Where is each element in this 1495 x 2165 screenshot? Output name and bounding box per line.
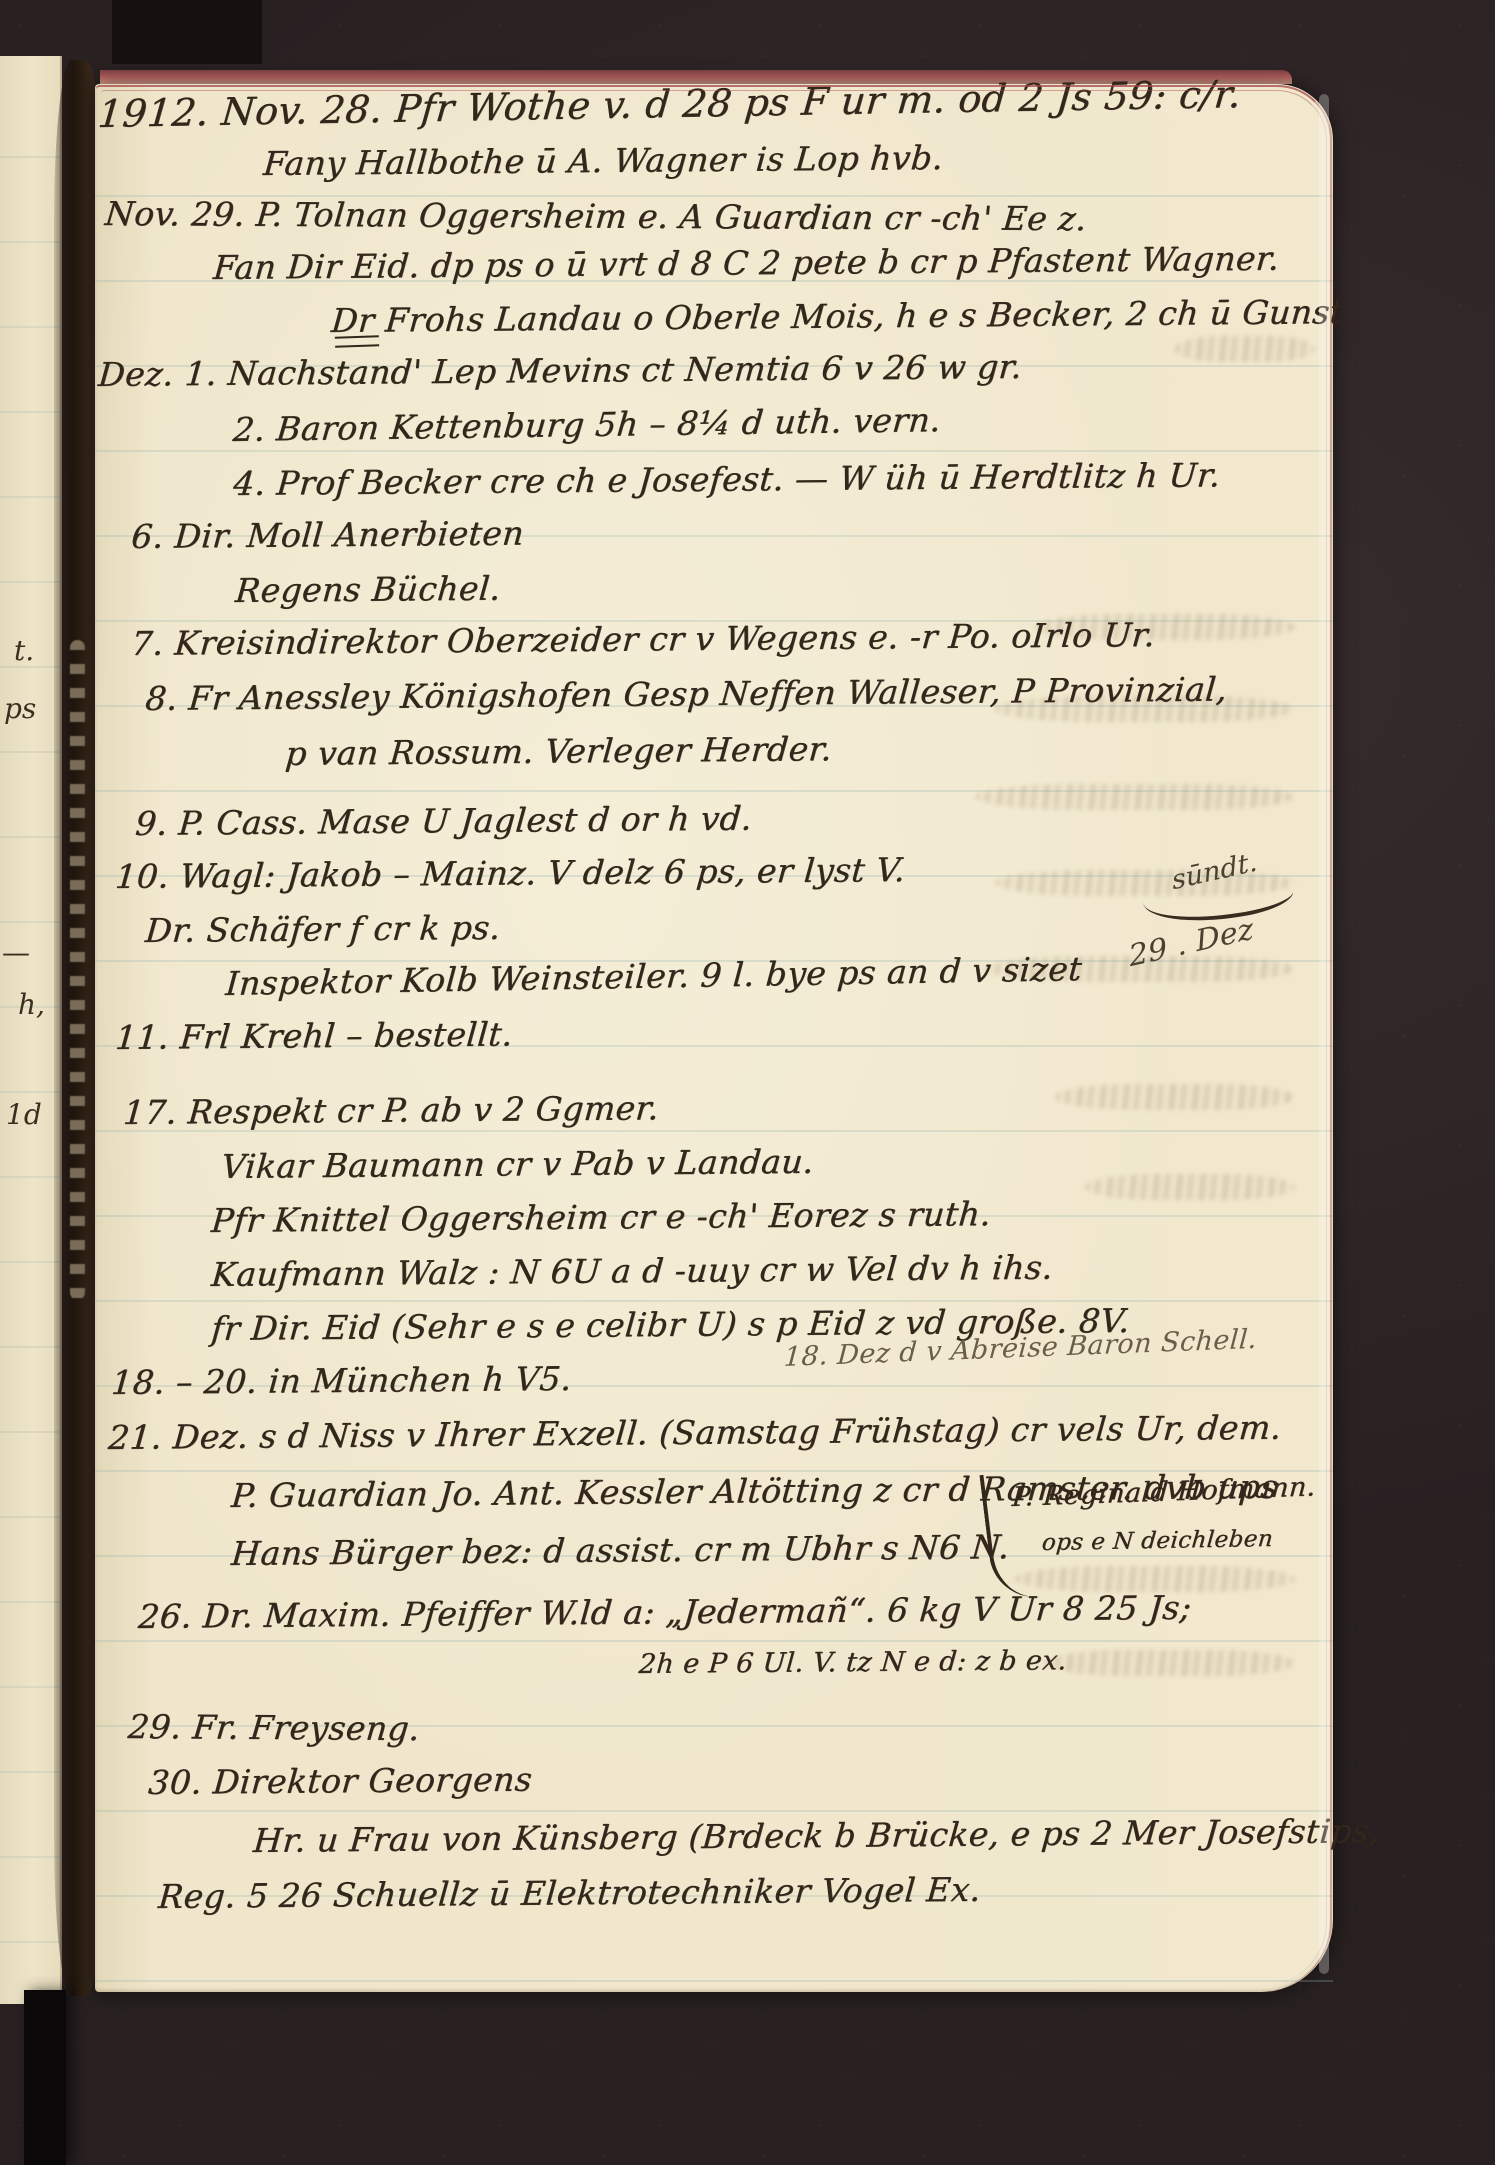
ink-fragment: 1d: [6, 1098, 42, 1131]
bleedthrough-marks: [1055, 1084, 1295, 1110]
scanned-diary-photo: t. ps — h, 1d 1912. Nov. 28. Pfr Wothe v…: [0, 0, 1495, 2165]
handwriting-line: Nov. 29. P. Tolnan Oggersheim e. A Guard…: [103, 194, 1088, 238]
handwriting-line: Dr Frohs Landau o Oberle Mois, h e s Bec…: [330, 292, 1356, 340]
handwriting-line: Dr. Schäfer f cr k ps.: [144, 908, 502, 950]
ink-fragment: —: [2, 936, 30, 969]
notebook-page: 1912. Nov. 28. Pfr Wothe v. d 28 ps F ur…: [95, 84, 1333, 1992]
ink-fragment: h,: [18, 988, 45, 1021]
handwriting-line: Dez. 1. Nachstand' Lep Mevins ct Nemtia …: [97, 347, 1024, 394]
spine-shadow: [24, 1990, 66, 2165]
handwriting-line: p van Rossum. Verleger Herder.: [284, 729, 834, 773]
binding-stitches: [70, 640, 85, 1300]
handwriting-line: 9. P. Cass. Mase U Jaglest d or h vd.: [134, 799, 754, 843]
bleedthrough-marks: [1085, 1174, 1295, 1200]
handwriting-line: 7. Kreisindirektor Oberzeider cr v Wegen…: [130, 615, 1157, 663]
handwriting-line: Hans Bürger bez: d assist. cr m Ubhr s N…: [230, 1527, 1011, 1573]
handwriting-line: 17. Respekt cr P. ab v 2 Ggmer.: [122, 1088, 661, 1132]
handwriting-line: Vikar Baumann cr v Pab v Landau.: [220, 1142, 816, 1186]
handwriting-line: 10. Wagl: Jakob – Mainz. V delz 6 ps, er…: [114, 850, 907, 896]
handwriting-line: 29. Fr. Freyseng.: [126, 1707, 421, 1748]
handwriting-line: Reg. 5 26 Schuellz ū Elektrotechniker Vo…: [157, 1870, 983, 1916]
handwriting-line: 2. Baron Kettenburg 5h – 8¼ d uth. vern.: [231, 400, 942, 449]
handwriting-line: Kaufmann Walz : N 6U a d -uuy cr w Vel d…: [210, 1248, 1055, 1294]
handwriting-line: Pfr Knittel Oggersheim cr e -ch' Eorez s…: [210, 1194, 993, 1240]
handwriting-line: 4. Prof Becker cre ch e Josefest. — W üh…: [232, 455, 1222, 503]
background-shadow-patch: [112, 0, 262, 64]
handwriting-line: Fany Hallbothe ū A. Wagner is Lop hvb.: [262, 138, 945, 183]
handwriting-line: 18. – 20. in München h V5.: [110, 1359, 573, 1402]
bleedthrough-marks: [1175, 336, 1315, 362]
handwriting-line: Hr. u Frau von Künsberg (Brdeck b Brücke…: [252, 1811, 1382, 1860]
page-edge-highlight: [1319, 94, 1329, 1974]
brace-note: ops e N deichleben: [1041, 1526, 1274, 1556]
handwriting-line: Inspektor Kolb Weinsteiler. 9 l. bye ps …: [224, 949, 1083, 1003]
handwriting-line: 6. Dir. Moll Anerbieten: [130, 514, 526, 556]
handwriting-line: 21. Dez. s d Niss v Ihrer Exzell. (Samst…: [107, 1408, 1283, 1457]
facing-page-edge: t. ps — h, 1d: [0, 56, 62, 2004]
handwriting-line: 2h e P 6 Ul. V. tz N e d: z b ex.: [638, 1645, 1069, 1680]
handwriting-line: Fan Dir Eid. dp ps o ū vrt d 8 C 2 pete …: [212, 239, 1281, 287]
ink-fragment: t.: [14, 634, 34, 667]
handwriting-line: 30. Direktor Georgens: [147, 1760, 534, 1802]
ink-fragment: ps: [4, 692, 36, 725]
bleedthrough-marks: [975, 784, 1295, 810]
facing-page-ruling: [0, 156, 60, 1956]
bleedthrough-marks: [1045, 1650, 1295, 1676]
double-underline: [335, 335, 379, 348]
handwriting-line: Regens Büchel.: [234, 569, 502, 610]
handwriting-line: 11. Frl Krehl – bestellt.: [114, 1015, 515, 1057]
